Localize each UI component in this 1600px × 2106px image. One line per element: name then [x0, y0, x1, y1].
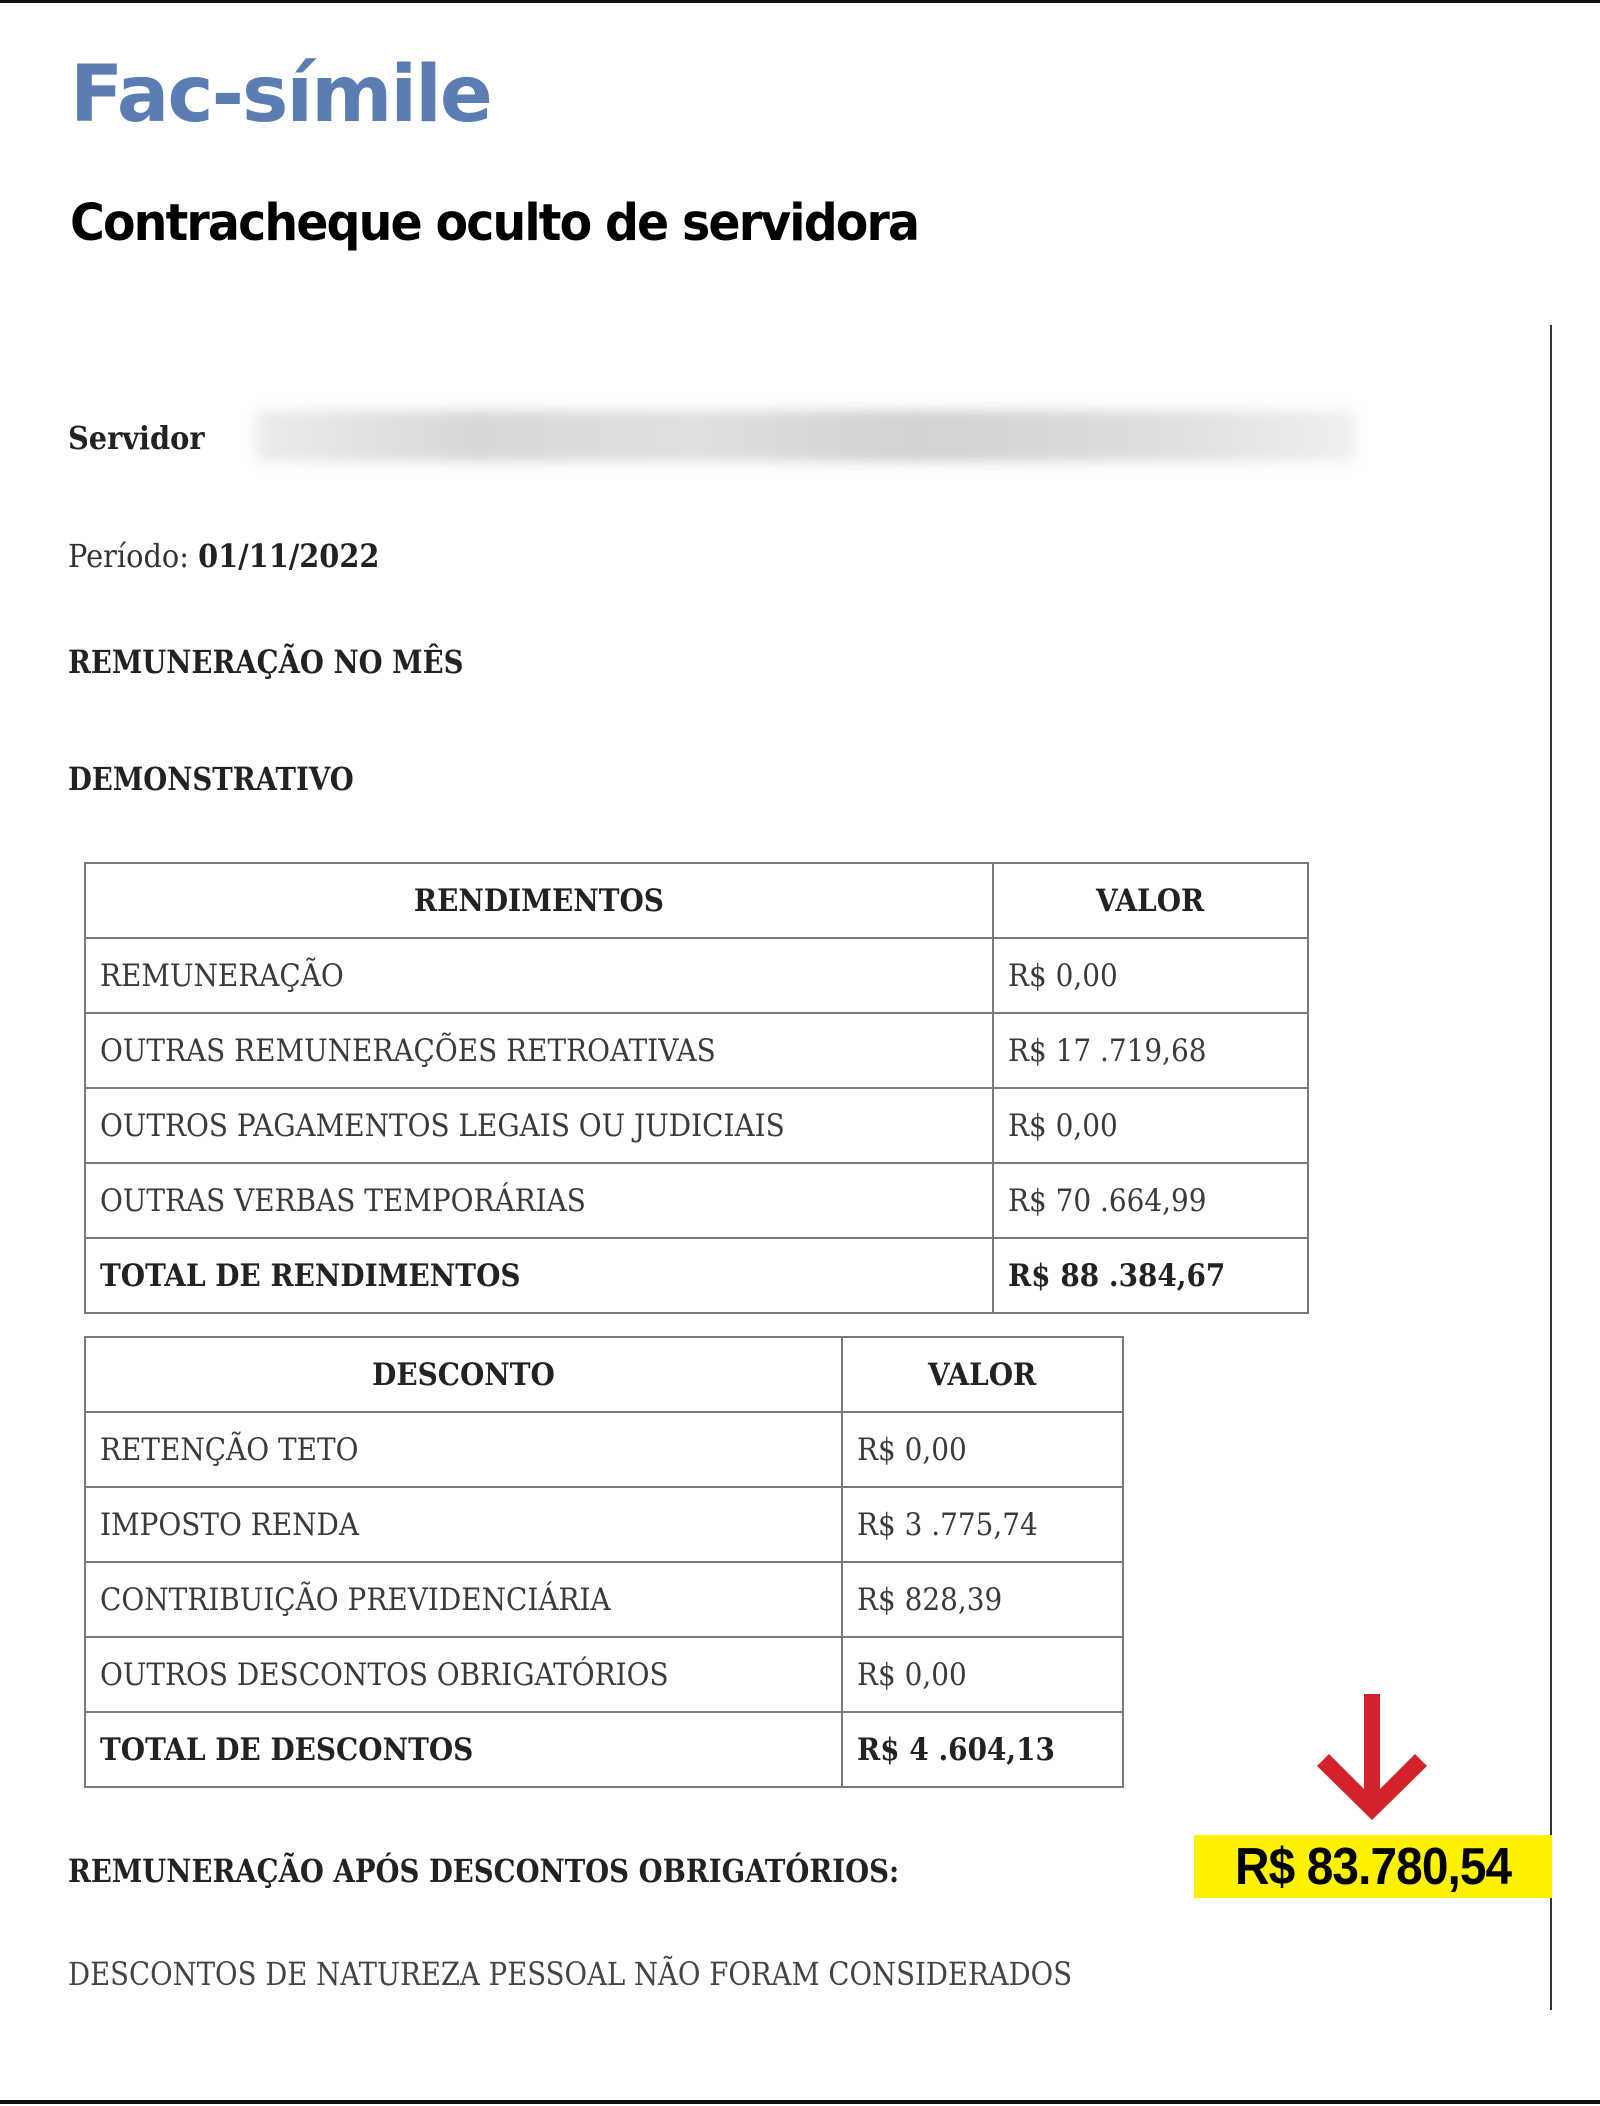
table-header-row: RENDIMENTOS VALOR	[85, 863, 1308, 938]
row-value: R$ 70 .664,99	[993, 1163, 1308, 1238]
section-heading: REMUNERAÇÃO NO MÊS	[68, 646, 463, 678]
table-row: OUTROS PAGAMENTOS LEGAIS OU JUDICIAIS R$…	[85, 1088, 1308, 1163]
periodo-label: Período:	[68, 537, 189, 575]
row-label: OUTRAS REMUNERAÇÕES RETROATIVAS	[85, 1013, 993, 1088]
arrow-down-icon	[1312, 1694, 1432, 1820]
top-rule	[0, 0, 1600, 3]
table-row: OUTRAS VERBAS TEMPORÁRIAS R$ 70 .664,99	[85, 1163, 1308, 1238]
table-row: REMUNERAÇÃO R$ 0,00	[85, 938, 1308, 1013]
row-value: R$ 0,00	[993, 1088, 1308, 1163]
table-row: IMPOSTO RENDA R$ 3 .775,74	[85, 1487, 1123, 1562]
net-remuneration-value: R$ 83.780,54	[1235, 1837, 1511, 1897]
row-value: R$ 3 .775,74	[842, 1487, 1124, 1562]
total-row: TOTAL DE RENDIMENTOS R$ 88 .384,67	[85, 1238, 1308, 1313]
net-remuneration-label: REMUNERAÇÃO APÓS DESCONTOS OBRIGATÓRIOS:	[68, 1855, 899, 1887]
table-row: OUTROS DESCONTOS OBRIGATÓRIOS R$ 0,00	[85, 1637, 1123, 1712]
total-row: TOTAL DE DESCONTOS R$ 4 .604,13	[85, 1712, 1123, 1787]
table-header-row: DESCONTO VALOR	[85, 1337, 1123, 1412]
row-label: OUTRAS VERBAS TEMPORÁRIAS	[85, 1163, 993, 1238]
net-remuneration-highlight: R$ 83.780,54	[1194, 1835, 1552, 1898]
document-edge	[1550, 325, 1552, 2010]
page-title: Contracheque oculto de servidora	[70, 198, 918, 249]
periodo-line: Período: 01/11/2022	[68, 540, 379, 572]
row-value: R$ 17 .719,68	[993, 1013, 1308, 1088]
row-label: RETENÇÃO TETO	[85, 1412, 842, 1487]
periodo-value: 01/11/2022	[198, 537, 379, 575]
kicker-label: Fac-símile	[70, 56, 491, 134]
row-label: IMPOSTO RENDA	[85, 1487, 842, 1562]
redacted-name	[255, 410, 1355, 462]
row-value: R$ 0,00	[993, 938, 1308, 1013]
row-label: CONTRIBUIÇÃO PREVIDENCIÁRIA	[85, 1562, 842, 1637]
column-header: RENDIMENTOS	[85, 863, 993, 938]
row-value: R$ 0,00	[842, 1412, 1124, 1487]
column-header: DESCONTO	[85, 1337, 842, 1412]
subsection-heading: DEMONSTRATIVO	[68, 763, 354, 795]
row-value: R$ 828,39	[842, 1562, 1124, 1637]
table-row: OUTRAS REMUNERAÇÕES RETROATIVAS R$ 17 .7…	[85, 1013, 1308, 1088]
descontos-table: DESCONTO VALOR RETENÇÃO TETO R$ 0,00 IMP…	[84, 1336, 1124, 1788]
footnote: DESCONTOS DE NATUREZA PESSOAL NÃO FORAM …	[68, 1958, 1072, 1990]
row-label: REMUNERAÇÃO	[85, 938, 993, 1013]
row-label: OUTROS DESCONTOS OBRIGATÓRIOS	[85, 1637, 842, 1712]
total-label: TOTAL DE RENDIMENTOS	[85, 1238, 993, 1313]
column-header: VALOR	[993, 863, 1308, 938]
table-row: RETENÇÃO TETO R$ 0,00	[85, 1412, 1123, 1487]
total-value: R$ 88 .384,67	[993, 1238, 1308, 1313]
total-value: R$ 4 .604,13	[842, 1712, 1124, 1787]
total-label: TOTAL DE DESCONTOS	[85, 1712, 842, 1787]
servidor-label: Servidor	[68, 422, 204, 454]
column-header: VALOR	[842, 1337, 1124, 1412]
table-row: CONTRIBUIÇÃO PREVIDENCIÁRIA R$ 828,39	[85, 1562, 1123, 1637]
row-value: R$ 0,00	[842, 1637, 1124, 1712]
rendimentos-table: RENDIMENTOS VALOR REMUNERAÇÃO R$ 0,00 OU…	[84, 862, 1309, 1314]
row-label: OUTROS PAGAMENTOS LEGAIS OU JUDICIAIS	[85, 1088, 993, 1163]
bottom-rule	[0, 2100, 1600, 2104]
